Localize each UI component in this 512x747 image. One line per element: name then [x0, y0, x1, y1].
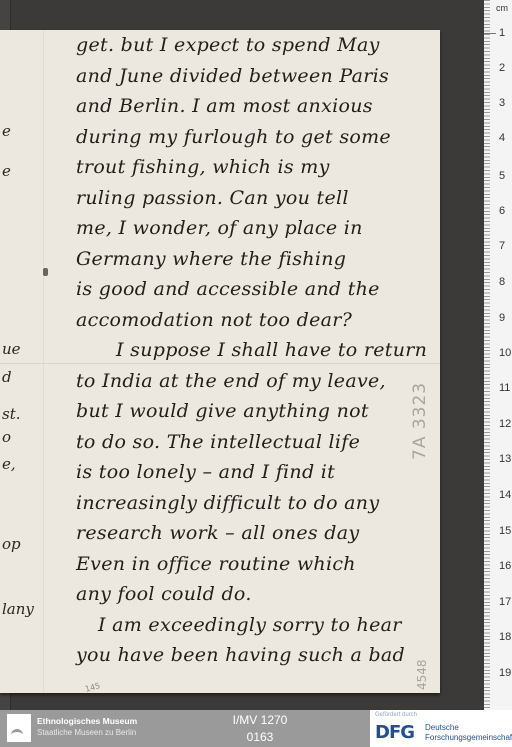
fragment: lany: [2, 600, 34, 618]
dfg-name-line1: Deutsche: [425, 723, 459, 732]
ruler-label: 4: [499, 132, 505, 144]
museum-logo-icon: [7, 714, 31, 742]
text-line: but I would give anything not: [76, 396, 426, 427]
punch-hole: [43, 268, 48, 276]
ruler-label: 3: [499, 97, 505, 109]
ruler-label: 12: [499, 418, 511, 430]
text-line: research work – all ones day: [76, 518, 426, 549]
ruler-label: 13: [499, 453, 511, 465]
ruler-label: 1: [499, 27, 505, 39]
text-line: is good and accessible and the: [76, 274, 426, 305]
ruler-ticks: [484, 0, 494, 710]
ruler-label: 2: [499, 62, 505, 74]
text-line: Even in office routine which: [76, 549, 426, 580]
text-line: trout fishing, which is my: [76, 152, 426, 183]
text-line: I suppose I shall have to return: [76, 335, 426, 366]
vertical-fold: [43, 30, 44, 693]
archive-mark: 7A 3323: [410, 382, 430, 460]
text-line: and Berlin. I am most anxious: [76, 91, 426, 122]
ruler-label: 11: [499, 382, 510, 394]
ruler-unit: cm: [496, 3, 508, 13]
museum-name: Ethnologisches Museum: [37, 716, 137, 726]
text-line: during my furlough to get some: [76, 122, 426, 153]
ruler-label: 18: [499, 631, 511, 643]
ruler-label: 14: [499, 489, 511, 501]
dfg-logo: DFG: [375, 722, 414, 743]
text-line: me, I wonder, of any place in: [76, 213, 426, 244]
ruler-major-tick: [484, 33, 496, 34]
text-line: any fool could do.: [76, 579, 426, 610]
cm-ruler: cm 1 2 3 4 5 6 7 8 9 10 11 12 13 14 15 1…: [484, 0, 512, 710]
ruler-label: 16: [499, 560, 511, 572]
ruler-label: 5: [499, 170, 505, 182]
text-line: and June divided between Paris: [76, 61, 426, 92]
text-line: I am exceedingly sorry to hear: [76, 610, 426, 641]
fragment: e: [2, 122, 11, 140]
text-line: increasingly difficult to do any: [76, 488, 426, 519]
dfg-name-line2: Forschungsgemeinschaft: [425, 733, 512, 742]
ruler-label: 8: [499, 276, 505, 288]
text-line: get. but I expect to spend May: [76, 30, 426, 61]
facing-page-fragments: e e ue d st. o e, op lany: [0, 30, 40, 693]
folio-number: 145: [84, 681, 101, 694]
fragment: d: [2, 368, 12, 386]
scan-area: e e ue d st. o e, op lany 145 get. but I…: [0, 0, 484, 710]
fragment: ue: [2, 340, 21, 358]
fragment: o: [2, 428, 11, 446]
footer-bar: Ethnologisches Museum Staatliche Museen …: [0, 710, 512, 747]
dfg-funding-block: Gefördert durch DFG Deutsche Forschungsg…: [370, 710, 512, 747]
archive-mark-secondary: 4548: [415, 659, 429, 690]
fragment: st.: [2, 405, 21, 423]
text-line: to India at the end of my leave,: [76, 366, 426, 397]
wave-icon: [11, 729, 23, 741]
page-number: 0163: [200, 730, 320, 744]
fragment: e: [2, 162, 11, 180]
text-line: to do so. The intellectual life: [76, 427, 426, 458]
letter-text: get. but I expect to spend May and June …: [76, 30, 426, 671]
text-line: Germany where the fishing: [76, 244, 426, 275]
text-line: is too lonely – and I find it: [76, 457, 426, 488]
ruler-label: 10: [499, 347, 511, 359]
ruler-label: 15: [499, 525, 511, 537]
ruler-label: 19: [499, 667, 511, 679]
inventory-number: I/MV 1270: [200, 713, 320, 727]
text-line: ruling passion. Can you tell: [76, 183, 426, 214]
text-line: you have been having such a bad: [76, 640, 426, 671]
fragment: op: [2, 535, 21, 553]
ruler-label: 9: [499, 312, 505, 324]
ruler-label: 17: [499, 596, 511, 608]
museum-subtitle: Staatliche Museen zu Berlin: [37, 728, 136, 737]
funded-by-label: Gefördert durch: [375, 712, 417, 718]
ruler-label: 6: [499, 205, 505, 217]
ruler-label: 7: [499, 240, 505, 252]
fragment: e,: [2, 455, 16, 473]
text-line: accomodation not too dear?: [76, 305, 426, 336]
